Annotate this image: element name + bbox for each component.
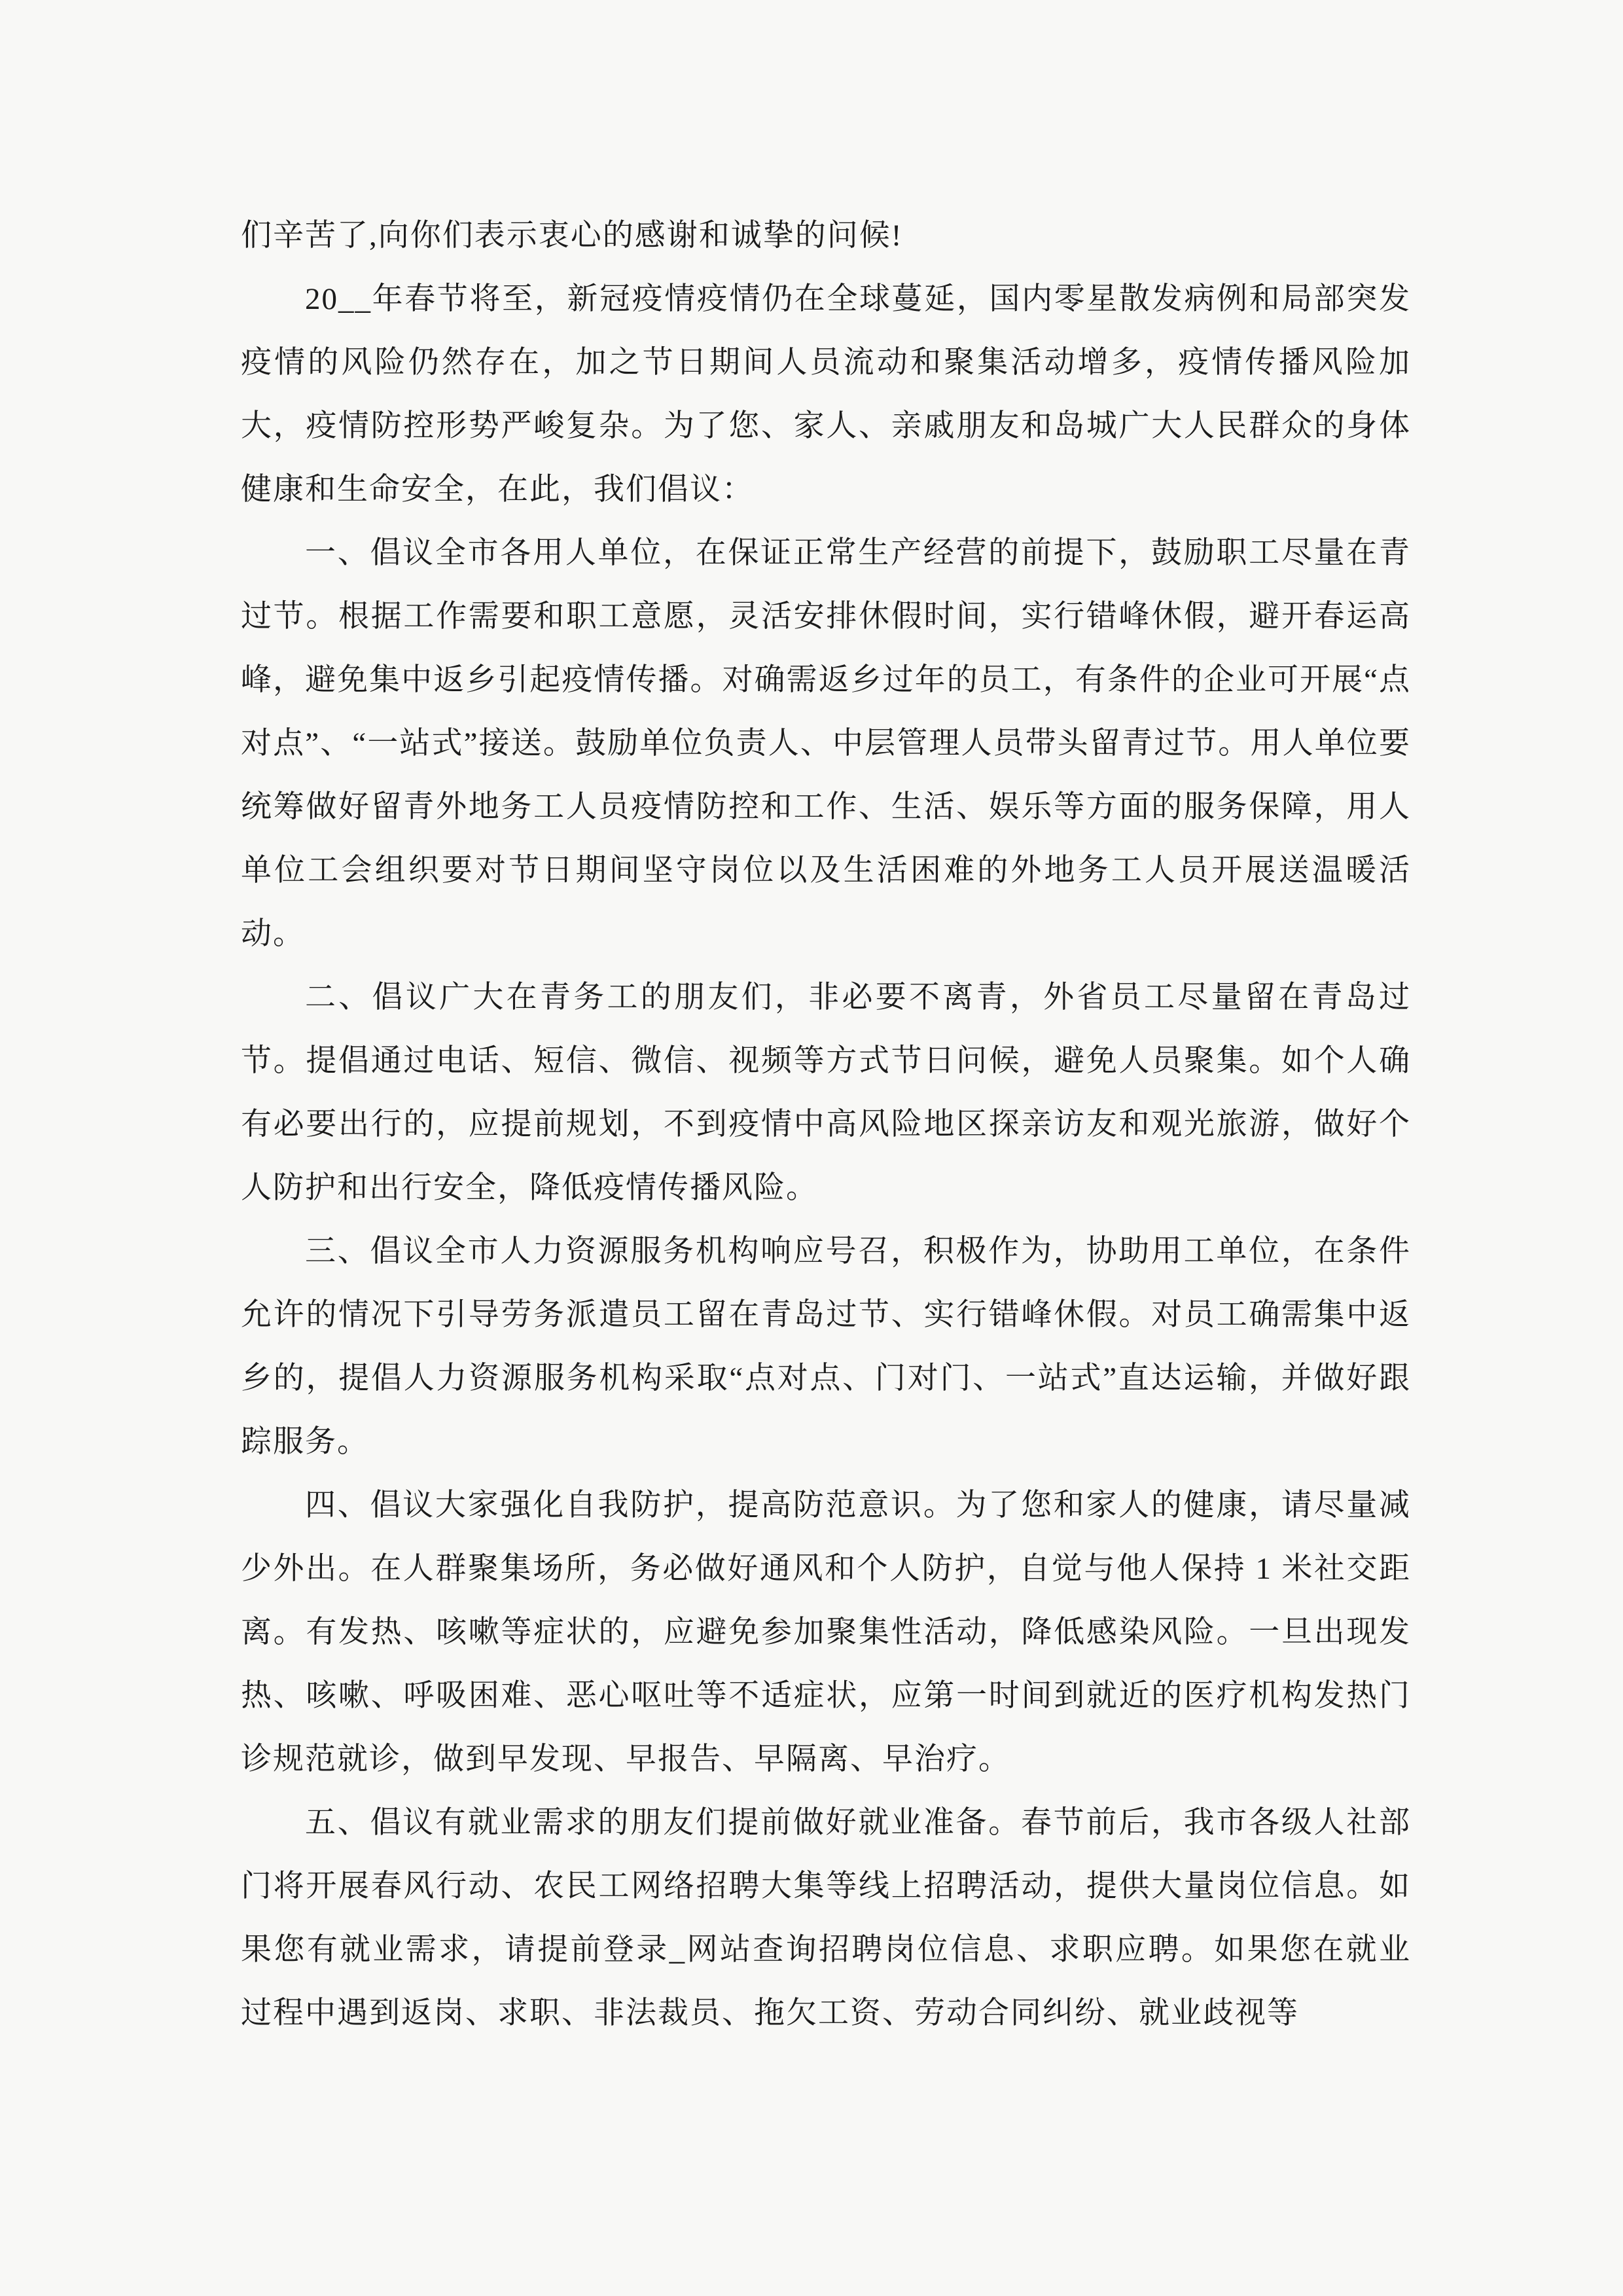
paragraph-item-3: 三、倡议全市人力资源服务机构响应号召，积极作为，协助用工单位，在条件允许的情况下… — [241, 1220, 1411, 1474]
paragraph-item-4: 四、倡议大家强化自我防护，提高防范意识。为了您和家人的健康，请尽量减少外出。在人… — [241, 1474, 1411, 1791]
document-page: 们辛苦了,向你们表示衷心的感谢和诚挚的问候! 20__年春节将至，新冠疫情疫情仍… — [0, 0, 1623, 2296]
text-block: 们辛苦了,向你们表示衷心的感谢和诚挚的问候! 20__年春节将至，新冠疫情疫情仍… — [241, 204, 1411, 2045]
paragraph-item-2: 二、倡议广大在青务工的朋友们，非必要不离青，外省员工尽量留在青岛过节。提倡通过电… — [241, 966, 1411, 1220]
paragraph-item-5: 五、倡议有就业需求的朋友们提前做好就业准备。春节前后，我市各级人社部门将开展春风… — [241, 1791, 1411, 2045]
paragraph-continuation: 们辛苦了,向你们表示衷心的感谢和诚挚的问候! — [241, 204, 1411, 268]
paragraph-intro: 20__年春节将至，新冠疫情疫情仍在全球蔓延，国内零星散发病例和局部突发疫情的风… — [241, 268, 1411, 522]
paragraph-item-1: 一、倡议全市各用人单位，在保证正常生产经营的前提下，鼓励职工尽量在青过节。根据工… — [241, 522, 1411, 966]
